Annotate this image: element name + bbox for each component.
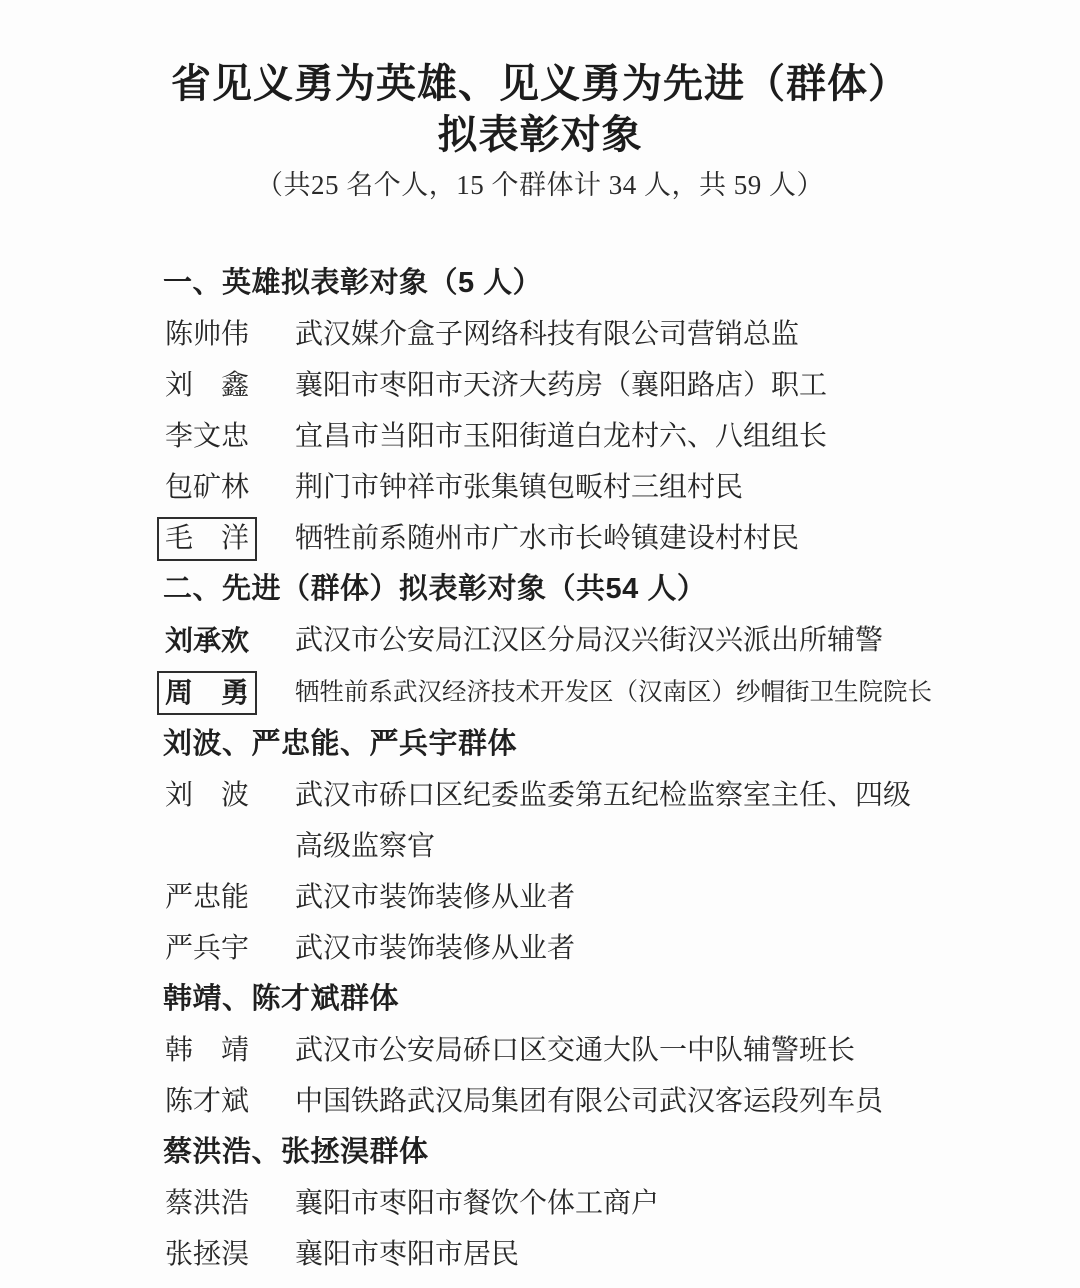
- entry-name-cell: 周 勇: [165, 667, 295, 719]
- entry-row: 毛 洋牺牲前系随州市广水市长岭镇建设村村民: [0, 513, 1080, 564]
- entry-name: 蔡洪浩: [165, 1178, 249, 1229]
- document-page: 省见义勇为英雄、见义勇为先进（群体） 拟表彰对象 （共25 名个人，15 个群体…: [0, 0, 1080, 1288]
- entry-description-line: 中国铁路武汉局集团有限公司武汉客运段列车员: [295, 1076, 1080, 1127]
- entry-name: 张拯淏: [165, 1229, 249, 1280]
- entry-name-cell: 张拯淏: [165, 1229, 295, 1280]
- entry-description: 荆门市钟祥市张集镇包畈村三组村民: [295, 462, 1080, 513]
- entry-row: 严忠能武汉市装饰装修从业者: [0, 872, 1080, 923]
- rows: 一、英雄拟表彰对象（5 人）陈帅伟武汉媒介盒子网络科技有限公司营销总监刘 鑫襄阳…: [0, 258, 1080, 1280]
- entry-description-line: 宜昌市当阳市玉阳街道白龙村六、八组组长: [295, 411, 1080, 462]
- entry-description-line: 武汉媒介盒子网络科技有限公司营销总监: [295, 309, 1080, 360]
- entry-name-cell: 陈帅伟: [165, 309, 295, 360]
- entry-description: 牺牲前系随州市广水市长岭镇建设村村民: [295, 513, 1080, 564]
- entry-name-cell: 刘承欢: [165, 615, 295, 667]
- entry-description-line: 牺牲前系随州市广水市长岭镇建设村村民: [295, 513, 1080, 564]
- group-heading: 蔡洪浩、张拯淏群体: [0, 1127, 1080, 1178]
- entry-name: 包矿林: [165, 462, 249, 513]
- entry-name-cell: 韩 靖: [165, 1025, 295, 1076]
- document-title: 省见义勇为英雄、见义勇为先进（群体） 拟表彰对象: [0, 0, 1080, 160]
- entry-name-cell: 蔡洪浩: [165, 1178, 295, 1229]
- entry-description-line: 武汉市装饰装修从业者: [295, 923, 1080, 974]
- entry-description: 襄阳市枣阳市餐饮个体工商户: [295, 1178, 1080, 1229]
- entry-description: 中国铁路武汉局集团有限公司武汉客运段列车员: [295, 1076, 1080, 1127]
- entry-description: 武汉市硚口区纪委监委第五纪检监察室主任、四级高级监察官: [295, 770, 1080, 872]
- entry-name: 严忠能: [165, 872, 249, 923]
- entry-row: 陈才斌中国铁路武汉局集团有限公司武汉客运段列车员: [0, 1076, 1080, 1127]
- entry-name-cell: 刘 鑫: [165, 360, 295, 411]
- entry-name-cell: 包矿林: [165, 462, 295, 513]
- section-heading: 二、先进（群体）拟表彰对象（共54 人）: [0, 564, 1080, 615]
- entry-name: 刘 鑫: [165, 360, 249, 411]
- group-heading: 刘波、严忠能、严兵宇群体: [0, 719, 1080, 770]
- entry-row: 陈帅伟武汉媒介盒子网络科技有限公司营销总监: [0, 309, 1080, 360]
- entry-description-line: 荆门市钟祥市张集镇包畈村三组村民: [295, 462, 1080, 513]
- entry-row: 严兵宇武汉市装饰装修从业者: [0, 923, 1080, 974]
- entry-name: 严兵宇: [165, 923, 249, 974]
- entry-row: 刘承欢武汉市公安局江汉区分局汉兴街汉兴派出所辅警: [0, 615, 1080, 667]
- entry-row: 张拯淏襄阳市枣阳市居民: [0, 1229, 1080, 1280]
- entry-name-cell: 毛 洋: [165, 513, 295, 564]
- entry-name-cell: 严忠能: [165, 872, 295, 923]
- document-title-line1: 省见义勇为英雄、见义勇为先进（群体）: [0, 58, 1080, 109]
- entry-name-cell: 陈才斌: [165, 1076, 295, 1127]
- entry-description: 武汉市公安局硚口区交通大队一中队辅警班长: [295, 1025, 1080, 1076]
- entry-description-line: 襄阳市枣阳市居民: [295, 1229, 1080, 1280]
- entry-name-cell: 李文忠: [165, 411, 295, 462]
- entry-description-line: 襄阳市枣阳市餐饮个体工商户: [295, 1178, 1080, 1229]
- entry-description-line: 武汉市硚口区纪委监委第五纪检监察室主任、四级: [295, 770, 1080, 821]
- entry-name-cell: 严兵宇: [165, 923, 295, 974]
- entry-row: 周 勇牺牲前系武汉经济技术开发区（汉南区）纱帽街卫生院院长: [0, 667, 1080, 719]
- section-heading: 一、英雄拟表彰对象（5 人）: [0, 258, 1080, 309]
- entry-description: 襄阳市枣阳市居民: [295, 1229, 1080, 1280]
- entry-description: 牺牲前系武汉经济技术开发区（汉南区）纱帽街卫生院院长: [295, 667, 1080, 718]
- entry-name: 刘承欢: [165, 615, 249, 666]
- entry-name: 韩 靖: [165, 1025, 249, 1076]
- entry-row: 韩 靖武汉市公安局硚口区交通大队一中队辅警班长: [0, 1025, 1080, 1076]
- entry-name: 陈才斌: [165, 1076, 249, 1127]
- entry-description-line: 武汉市装饰装修从业者: [295, 872, 1080, 923]
- entry-row: 李文忠宜昌市当阳市玉阳街道白龙村六、八组组长: [0, 411, 1080, 462]
- entry-description-line: 武汉市公安局江汉区分局汉兴街汉兴派出所辅警: [295, 615, 1080, 666]
- entry-name: 李文忠: [165, 411, 249, 462]
- entry-row: 蔡洪浩襄阳市枣阳市餐饮个体工商户: [0, 1178, 1080, 1229]
- entry-description: 武汉媒介盒子网络科技有限公司营销总监: [295, 309, 1080, 360]
- entry-name-boxed: 毛 洋: [157, 517, 257, 561]
- entry-description: 襄阳市枣阳市天济大药房（襄阳路店）职工: [295, 360, 1080, 411]
- entry-description: 宜昌市当阳市玉阳街道白龙村六、八组组长: [295, 411, 1080, 462]
- group-heading: 韩靖、陈才斌群体: [0, 974, 1080, 1025]
- entry-description-line: 高级监察官: [295, 821, 1080, 872]
- entry-row: 包矿林荆门市钟祥市张集镇包畈村三组村民: [0, 462, 1080, 513]
- document-title-line2: 拟表彰对象: [0, 109, 1080, 160]
- entry-name-boxed: 周 勇: [157, 671, 257, 715]
- entry-row: 刘 波武汉市硚口区纪委监委第五纪检监察室主任、四级高级监察官: [0, 770, 1080, 872]
- entry-description-line: 襄阳市枣阳市天济大药房（襄阳路店）职工: [295, 360, 1080, 411]
- entry-description: 武汉市装饰装修从业者: [295, 923, 1080, 974]
- entry-name-cell: 刘 波: [165, 770, 295, 821]
- entry-name: 刘 波: [165, 770, 249, 821]
- document-subtitle: （共25 名个人，15 个群体计 34 人，共 59 人）: [0, 160, 1080, 211]
- entry-description-line: 武汉市公安局硚口区交通大队一中队辅警班长: [295, 1025, 1080, 1076]
- entry-description-line: 牺牲前系武汉经济技术开发区（汉南区）纱帽街卫生院院长: [295, 667, 1080, 718]
- entry-description: 武汉市公安局江汉区分局汉兴街汉兴派出所辅警: [295, 615, 1080, 666]
- entry-description: 武汉市装饰装修从业者: [295, 872, 1080, 923]
- entry-name: 陈帅伟: [165, 309, 249, 360]
- entry-row: 刘 鑫襄阳市枣阳市天济大药房（襄阳路店）职工: [0, 360, 1080, 411]
